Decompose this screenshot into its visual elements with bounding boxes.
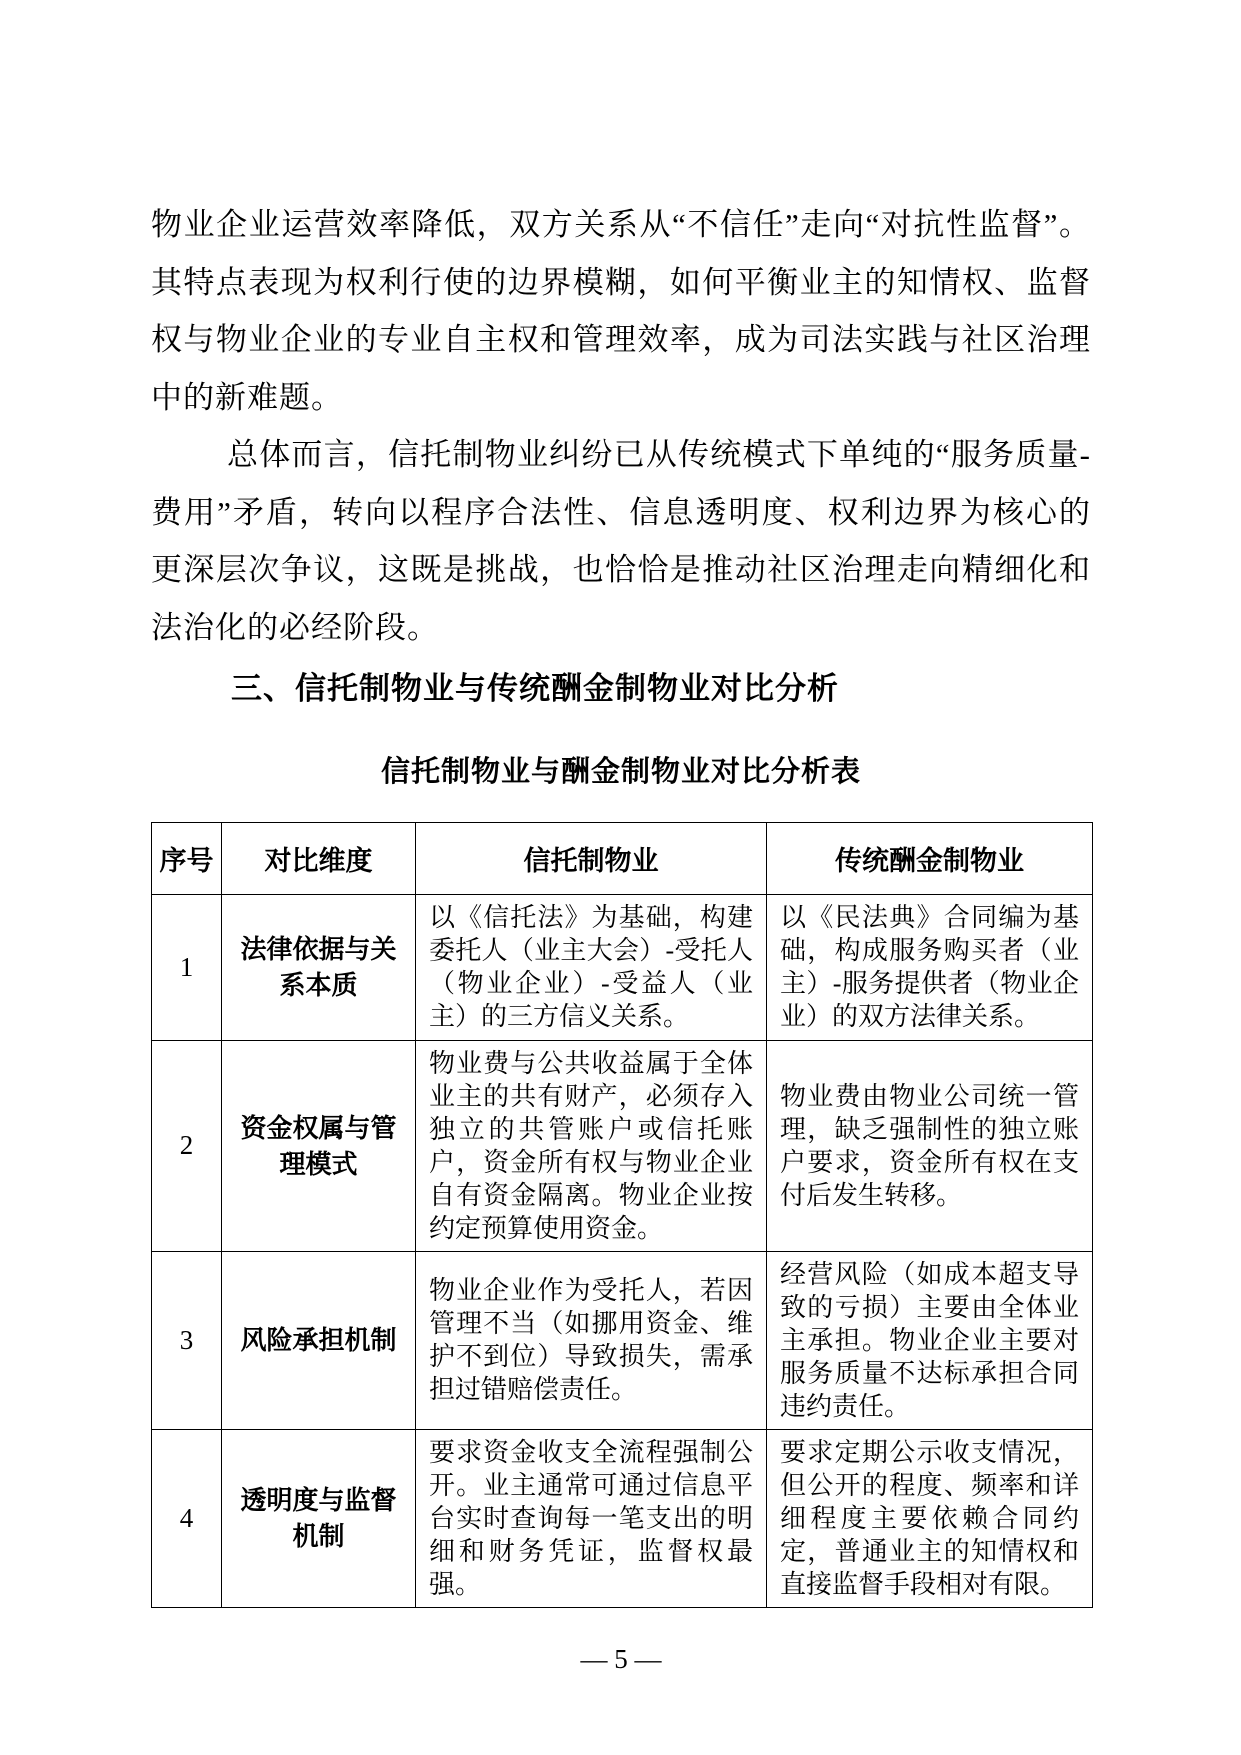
table-header-row: 序号 对比维度 信托制物业 传统酬金制物业 [152, 822, 1093, 894]
cell-trust: 要求资金收支全流程强制公开。业主通常可通过信息平台实时查询每一笔支出的明细和财务… [416, 1429, 767, 1607]
table-row: 3 风险承担机制 物业企业作为受托人，若因管理不当（如挪用资金、维护不到位）导致… [152, 1251, 1093, 1429]
table-row: 4 透明度与监督机制 要求资金收支全流程强制公开。业主通常可通过信息平台实时查询… [152, 1429, 1093, 1607]
cell-traditional: 经营风险（如成本超支导致的亏损）主要由全体业主承担。物业企业主要对服务质量不达标… [767, 1251, 1093, 1429]
cell-no: 3 [152, 1251, 222, 1429]
cell-traditional: 以《民法典》合同编为基础，构成服务购买者（业主）-服务提供者（物业企业）的双方法… [767, 894, 1093, 1040]
table-row: 2 资金权属与管理模式 物业费与公共收益属于全体业主的共有财产，必须存入独立的共… [152, 1040, 1093, 1251]
body-paragraph-1: 物业企业运营效率降低，双方关系从“不信任”走向“对抗性监督”。其特点表现为权利行… [151, 196, 1091, 426]
cell-trust: 物业费与公共收益属于全体业主的共有财产，必须存入独立的共管账户或信托账户，资金所… [416, 1040, 767, 1251]
document-page: 物业企业运营效率降低，双方关系从“不信任”走向“对抗性监督”。其特点表现为权利行… [0, 0, 1241, 1676]
body-paragraph-2: 总体而言，信托制物业纠纷已从传统模式下单纯的“服务质量-费用”矛盾，转向以程序合… [151, 426, 1091, 656]
cell-no: 1 [152, 894, 222, 1040]
section-heading: 三、信托制物业与传统酬金制物业对比分析 [151, 660, 1091, 718]
cell-trust: 物业企业作为受托人，若因管理不当（如挪用资金、维护不到位）导致损失，需承担过错赔… [416, 1251, 767, 1429]
table-title: 信托制物业与酬金制物业对比分析表 [151, 750, 1091, 794]
header-cell-trust: 信托制物业 [416, 822, 767, 894]
cell-dimension: 法律依据与关系本质 [222, 894, 416, 1040]
header-cell-traditional: 传统酬金制物业 [767, 822, 1093, 894]
cell-no: 2 [152, 1040, 222, 1251]
cell-dimension: 透明度与监督机制 [222, 1429, 416, 1607]
table-row: 1 法律依据与关系本质 以《信托法》为基础，构建委托人（业主大会）-受托人（物业… [152, 894, 1093, 1040]
page-number: — 5 — [151, 1642, 1091, 1676]
cell-traditional: 物业费由物业公司统一管理，缺乏强制性的独立账户要求，资金所有权在支付后发生转移。 [767, 1040, 1093, 1251]
cell-dimension: 资金权属与管理模式 [222, 1040, 416, 1251]
comparison-table: 序号 对比维度 信托制物业 传统酬金制物业 1 法律依据与关系本质 以《信托法》… [151, 822, 1093, 1608]
cell-dimension: 风险承担机制 [222, 1251, 416, 1429]
header-cell-dimension: 对比维度 [222, 822, 416, 894]
header-cell-no: 序号 [152, 822, 222, 894]
cell-trust: 以《信托法》为基础，构建委托人（业主大会）-受托人（物业企业）-受益人（业主）的… [416, 894, 767, 1040]
cell-no: 4 [152, 1429, 222, 1607]
cell-traditional: 要求定期公示收支情况，但公开的程度、频率和详细程度主要依赖合同约定，普通业主的知… [767, 1429, 1093, 1607]
